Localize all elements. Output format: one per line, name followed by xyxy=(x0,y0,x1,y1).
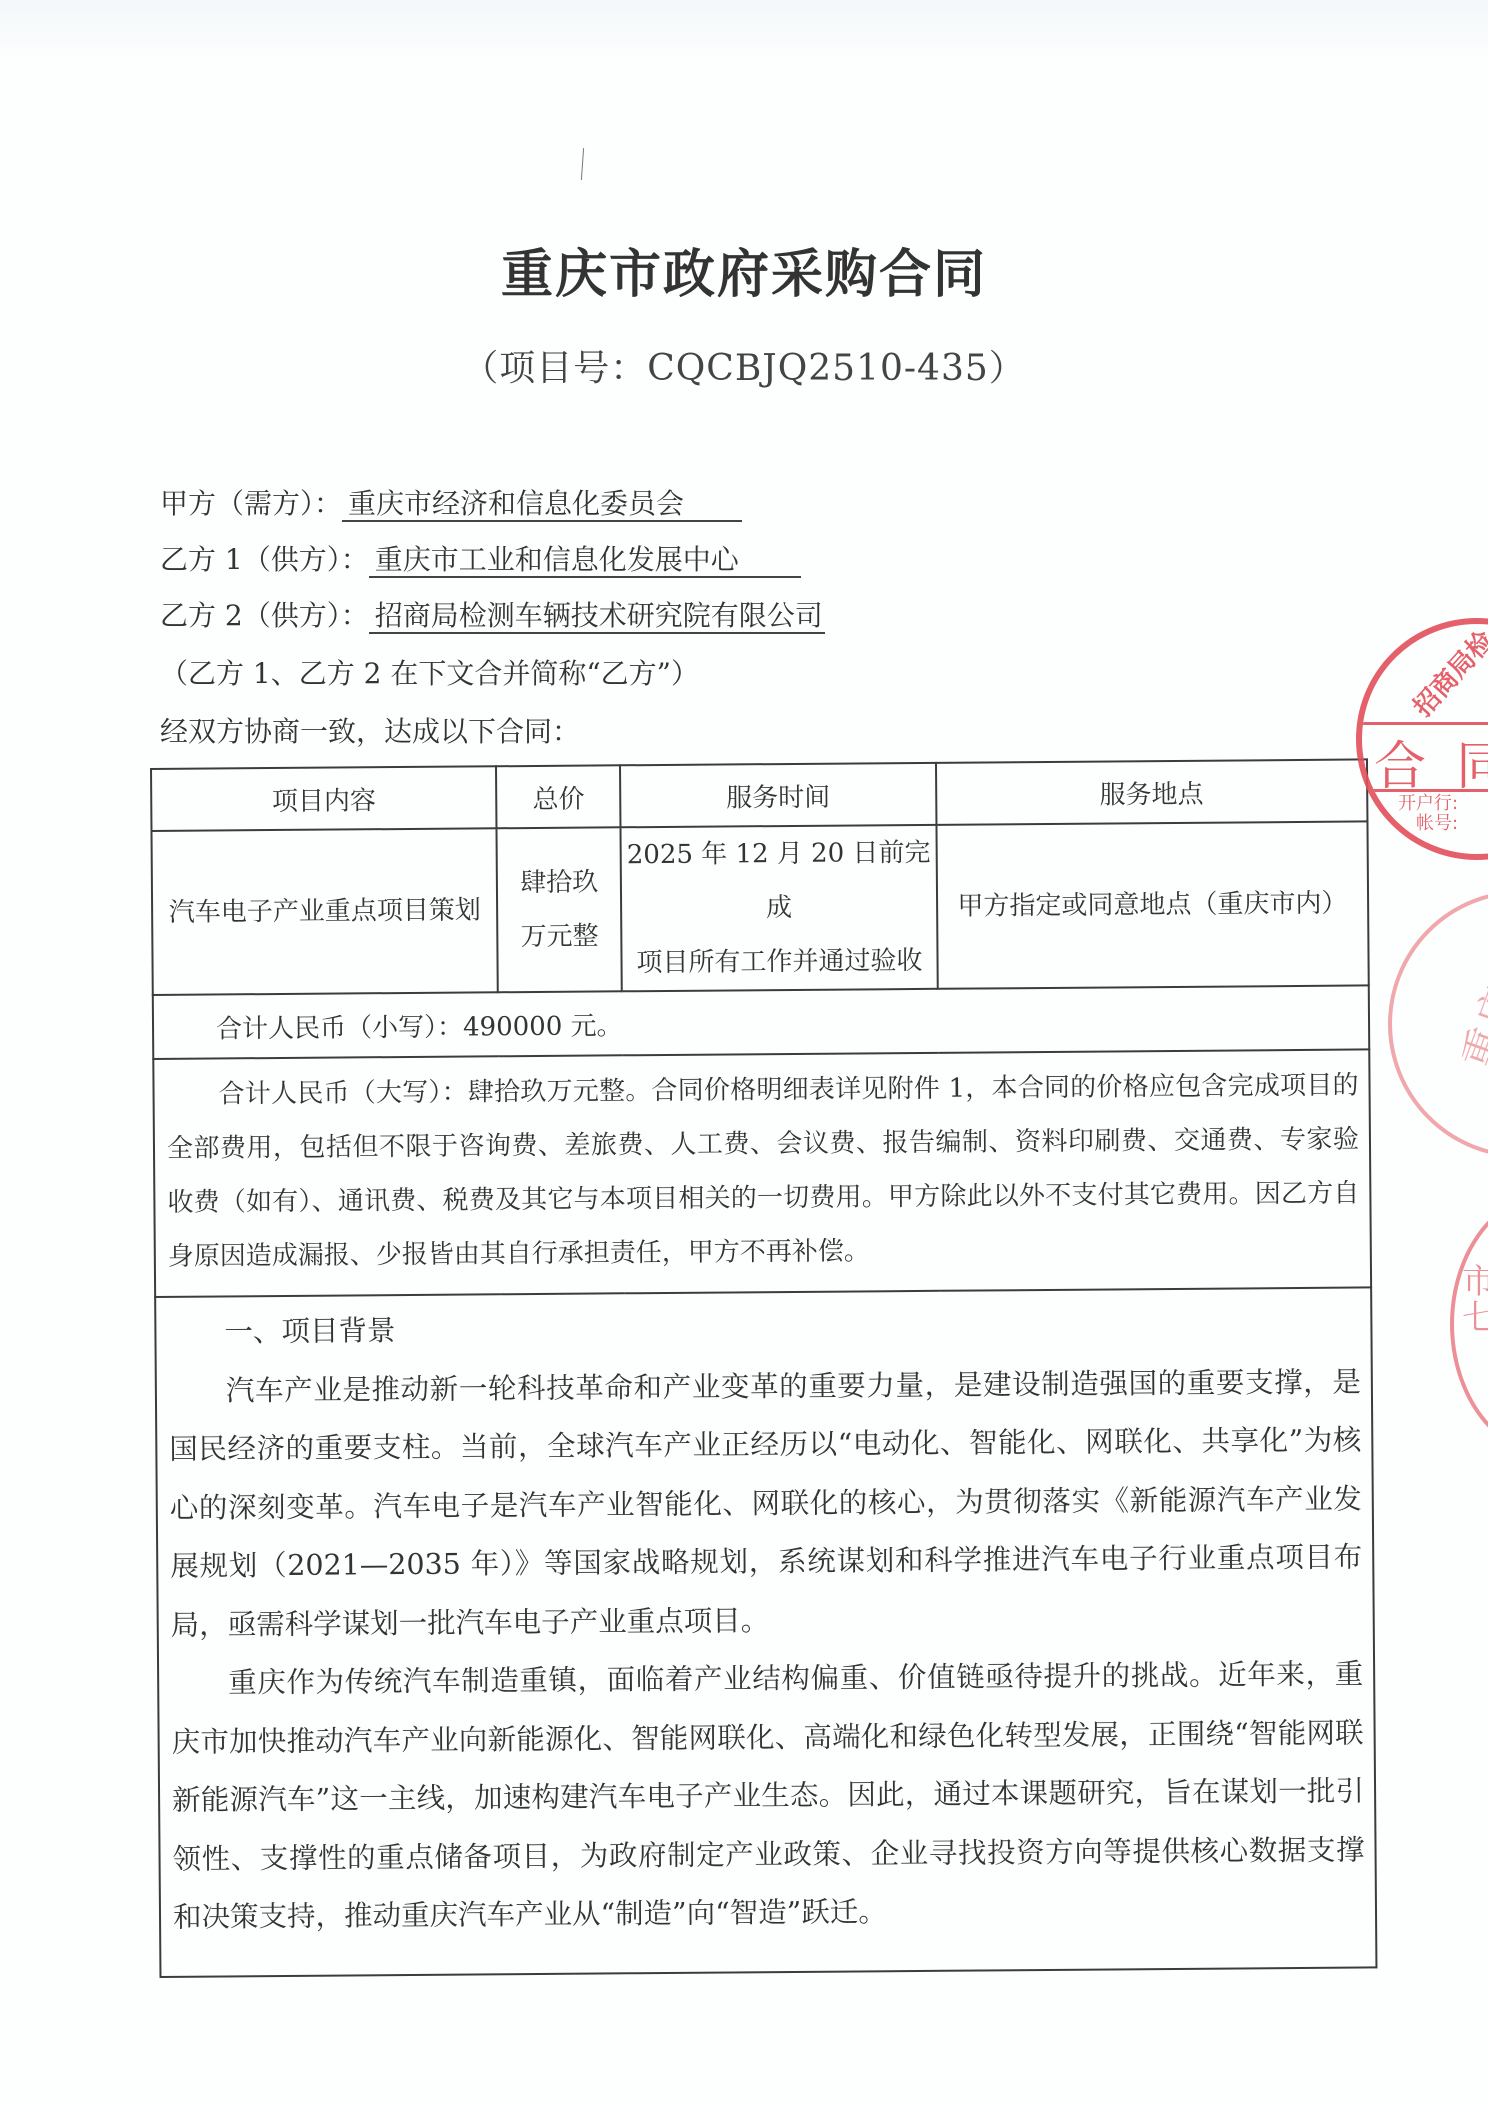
total-big-row: 合计人民币（大写）：肆拾玖万元整。合同价格明细表详见附件 1，本合同的价格应包含… xyxy=(153,1049,1371,1297)
party-a-label: 甲方（需方）： xyxy=(160,487,342,520)
background-paragraph-1: 汽车产业是推动新一轮科技革命和产业变革的重要力量，是建设制造强国的重要支撑，是国… xyxy=(169,1353,1363,1655)
government-seal: 重庆市经济 xyxy=(1388,890,1488,1158)
contract-table: 项目内容 总价 服务时间 服务地点 汽车电子产业重点项目策划 肆拾玖 万元整 2… xyxy=(150,758,1377,1977)
center-seal: 市七 xyxy=(1450,1190,1488,1458)
seal-bank-info: 开户行: 帐号: xyxy=(1398,794,1458,834)
party-b2-value: 招商局检测车辆技术研究院有限公司 xyxy=(369,600,825,634)
table-header-row: 项目内容 总价 服务时间 服务地点 xyxy=(151,759,1367,831)
seal-arc-text: 市七 xyxy=(1462,1264,1488,1336)
pen-mark xyxy=(581,148,584,180)
seal-arc-text: 招商局检 xyxy=(1403,621,1488,723)
header-time: 服务时间 xyxy=(620,763,936,827)
background-paragraph-2: 重庆作为传统汽车制造重镇，面临着产业结构偏重、价值链亟待提升的挑战。近年来，重庆… xyxy=(171,1646,1365,1948)
document-title: 重庆市政府采购合同 xyxy=(0,232,1488,307)
background-row: 一、项目背景 汽车产业是推动新一轮科技革命和产业变革的重要力量，是建设制造强国的… xyxy=(155,1287,1376,1976)
seal-bank-label: 开户行: xyxy=(1398,794,1458,814)
section-heading: 一、项目背景 xyxy=(168,1295,1360,1363)
seal-account-label: 帐号: xyxy=(1398,814,1458,834)
parties-note: （乙方 1、乙方 2 在下文合并简称“乙方”） xyxy=(160,652,699,692)
time-line-2: 项目所有工作并通过验收 xyxy=(623,934,937,990)
total-big: 合计人民币（大写）：肆拾玖万元整。合同价格明细表详见附件 1，本合同的价格应包含… xyxy=(153,1049,1371,1297)
scan-shading xyxy=(0,0,1488,60)
price-line-2: 万元整 xyxy=(499,909,621,964)
party-a-line: 甲方（需方）：重庆市经济和信息化委员会 xyxy=(160,482,742,522)
agreement-statement: 经双方协商一致，达成以下合同： xyxy=(160,710,580,750)
total-small: 合计人民币（小写）：490000 元。 xyxy=(153,985,1369,1059)
cell-price: 肆拾玖 万元整 xyxy=(497,827,622,992)
cell-time: 2025 年 12 月 20 日前完成 项目所有工作并通过验收 xyxy=(621,825,938,991)
table-row: 汽车电子产业重点项目策划 肆拾玖 万元整 2025 年 12 月 20 日前完成… xyxy=(151,821,1368,995)
cell-location: 甲方指定或同意地点（重庆市内） xyxy=(936,821,1369,988)
time-line-1: 2025 年 12 月 20 日前完成 xyxy=(622,826,936,936)
cell-content: 汽车电子产业重点项目策划 xyxy=(151,828,498,995)
party-b1-label: 乙方 1（供方）： xyxy=(160,543,369,576)
project-number: （项目号：CQCBJQ2510-435） xyxy=(0,340,1488,391)
total-small-row: 合计人民币（小写）：490000 元。 xyxy=(153,985,1369,1059)
party-a-value: 重庆市经济和信息化委员会 xyxy=(342,488,742,522)
party-b2-label: 乙方 2（供方）： xyxy=(160,599,369,632)
party-b2-line: 乙方 2（供方）：招商局检测车辆技术研究院有限公司 xyxy=(160,594,825,634)
header-content: 项目内容 xyxy=(151,766,497,831)
party-b1-line: 乙方 1（供方）：重庆市工业和信息化发展中心 xyxy=(160,538,801,578)
company-seal: 招商局检 合同 开户行: 帐号: xyxy=(1356,618,1488,860)
contract-page: 重庆市政府采购合同 （项目号：CQCBJQ2510-435） 甲方（需方）：重庆… xyxy=(0,0,1488,2106)
background-cell: 一、项目背景 汽车产业是推动新一轮科技革命和产业变革的重要力量，是建设制造强国的… xyxy=(155,1287,1376,1976)
header-location: 服务地点 xyxy=(936,759,1368,824)
party-b1-value: 重庆市工业和信息化发展中心 xyxy=(369,544,801,578)
price-line-1: 肆拾玖 xyxy=(498,855,620,910)
header-price: 总价 xyxy=(496,765,620,828)
seal-main-text: 合同 xyxy=(1374,724,1488,799)
seal-arc-text: 重庆市经济 xyxy=(1446,890,1488,1076)
